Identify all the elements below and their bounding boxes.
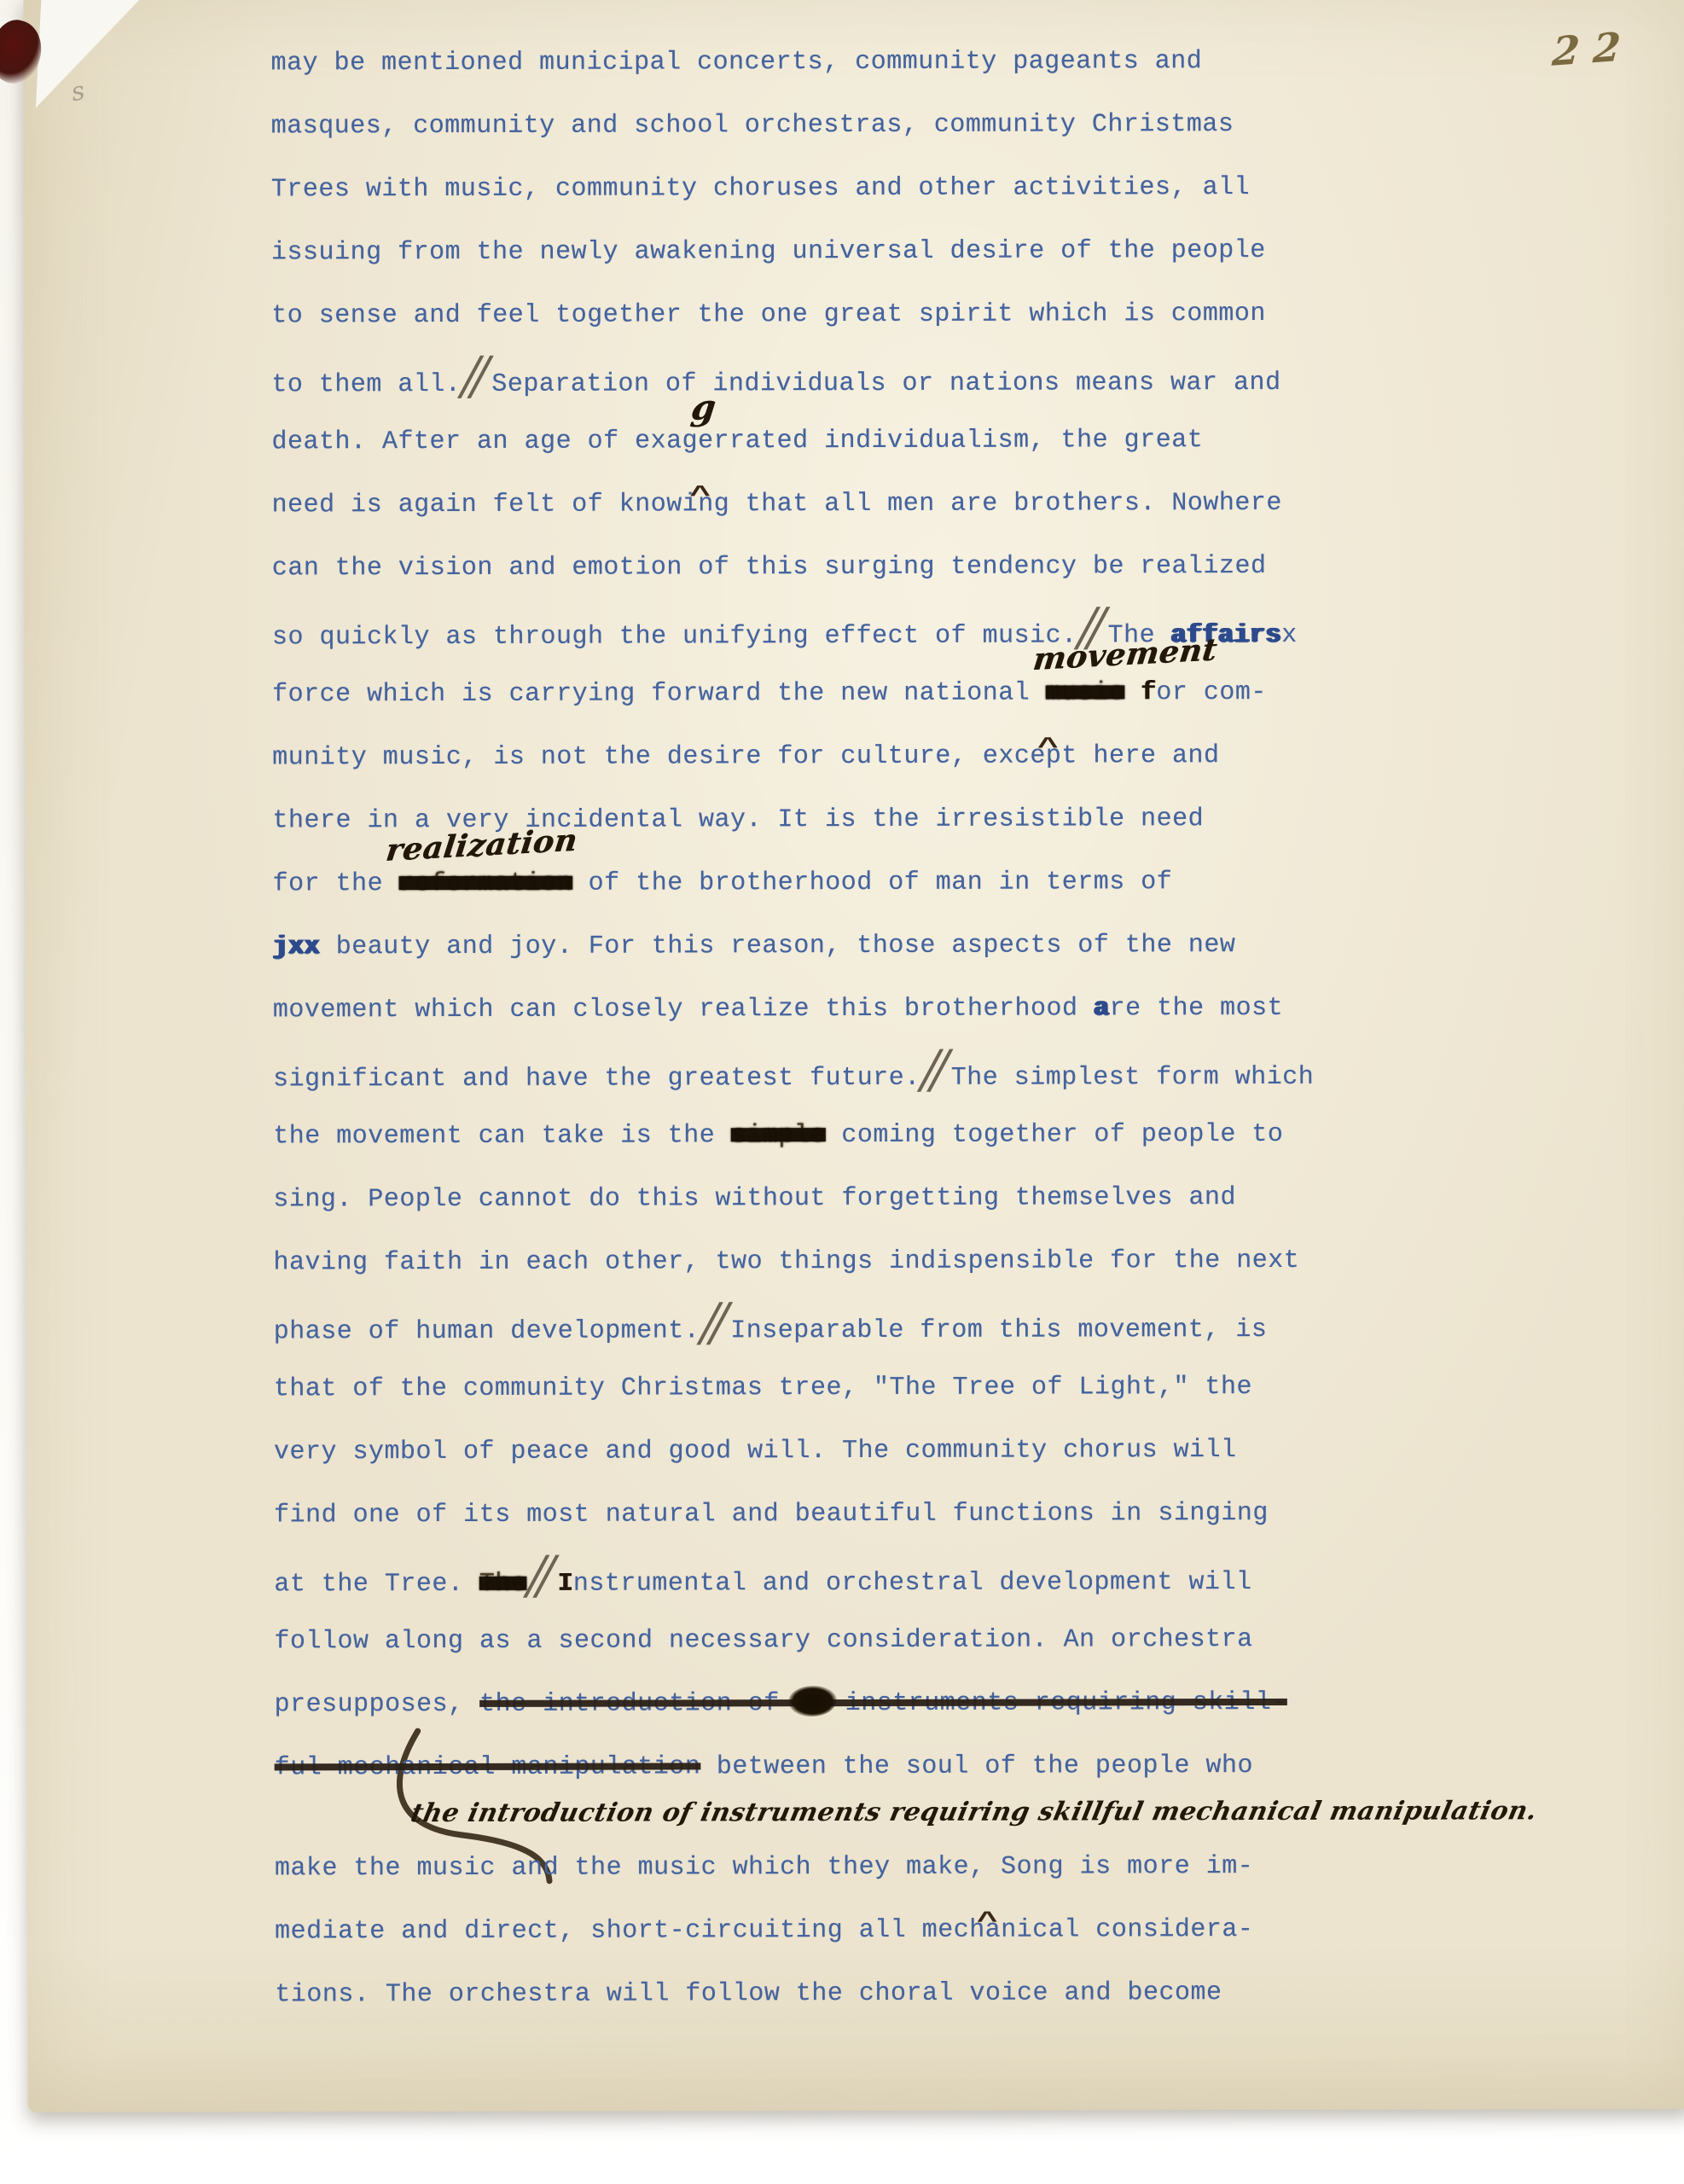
typed-text: very symbol of peace and good will. The … <box>274 1436 1237 1467</box>
manuscript-paper: 22 s may be mentioned municipal concerts… <box>23 0 1684 2112</box>
typed-text: need is again felt of knowing that all m… <box>272 489 1282 520</box>
manuscript-line: phase of human development.//Inseparable… <box>274 1292 1605 1357</box>
manuscript-line: Trees with music, community choruses and… <box>271 155 1602 221</box>
blacked-out-text: music <box>1046 678 1125 707</box>
typed-text: between the soul of the people who <box>700 1751 1253 1781</box>
manuscript-line: significant and have the greatest future… <box>273 1039 1604 1105</box>
manuscript-line: sing. People cannot do this without forg… <box>273 1165 1604 1231</box>
manuscript-line: tions. The orchestra will follow the cho… <box>275 1960 1606 2026</box>
typed-text: or com- <box>1156 678 1267 707</box>
strikethrough-text: instruments requiring skill- <box>829 1688 1287 1718</box>
inserted-handwritten-word: g <box>689 392 717 425</box>
typed-text: Song is more im- <box>985 1852 1254 1882</box>
manuscript-line: death. After an age of exagg^errated ind… <box>271 408 1602 473</box>
manuscript-line: force which is carrying forward the new … <box>272 660 1603 726</box>
typed-text: phase of human development. <box>274 1316 700 1346</box>
typed-text: find one of its most natural and beautif… <box>274 1499 1269 1530</box>
typed-text: of the brotherhood of man in terms of <box>572 868 1172 897</box>
typed-text <box>464 1690 480 1719</box>
typed-text: movement which can closely realize this … <box>273 994 1094 1025</box>
typed-text: issuing from the newly awakening univers… <box>271 236 1266 267</box>
typed-text: that of the community Christmas tree, "T… <box>274 1373 1252 1403</box>
manuscript-line: so quickly as through the unifying effec… <box>272 597 1603 663</box>
manuscript-line: ful mechanical manipulation between the … <box>275 1734 1606 1799</box>
overtyped-text: jxx <box>273 932 321 961</box>
manuscript-line: for the realizationreformation of the br… <box>273 850 1604 915</box>
manuscript-line: at the Tree. The//Instrumental and orche… <box>274 1544 1605 1610</box>
manuscript-line: the movement can take is the simple comi… <box>273 1102 1604 1168</box>
blacked-out-text: simple <box>731 1121 826 1150</box>
typed-text: nstrumental and orchestral development w… <box>573 1568 1252 1599</box>
strikethrough-text: ful mechanical manipulation <box>275 1752 701 1782</box>
manuscript-line: make the music and the music which they … <box>275 1834 1606 1900</box>
handwritten-annotation: the introduction of instruments requirin… <box>408 1797 1540 1828</box>
typed-text: Trees with music, community choruses and… <box>271 173 1250 204</box>
manuscript-text-block: may be mentioned municipal concerts, com… <box>270 29 1606 2026</box>
typed-text: masques, community and school orchestras… <box>271 110 1234 141</box>
typed-text: the movement can take is the <box>273 1121 731 1151</box>
typed-text: force which is carrying forward the new … <box>272 679 1046 710</box>
strikethrough-text: the introduction of <box>479 1689 795 1719</box>
manuscript-line: presupposes, the introduction of instrum… <box>275 1670 1606 1736</box>
manuscript-line: mediate and direct, short-circuiting all… <box>275 1897 1606 1963</box>
manuscript-line: munity music, is not the desire for cult… <box>272 723 1603 789</box>
typed-text <box>1124 678 1141 707</box>
inserted-handwritten-word: realization <box>384 825 578 866</box>
typed-text: for the <box>273 869 399 898</box>
manuscript-line: having faith in each other, two things i… <box>273 1228 1604 1294</box>
typed-text: coming together of people to <box>826 1120 1284 1150</box>
typed-text: x <box>1281 621 1298 650</box>
manuscript-line: to sense and feel together the one great… <box>271 282 1602 347</box>
typed-text: tions. The orchestra will follow the cho… <box>275 1978 1222 2009</box>
torn-corner <box>36 0 153 113</box>
manuscript-line: may be mentioned municipal concerts, com… <box>270 29 1601 95</box>
typed-text: beauty and joy. For this reason, those a… <box>320 931 1235 961</box>
typed-text: to sense and feel together the one great… <box>271 299 1266 330</box>
typed-text: so quickly as through the unifying effec… <box>272 621 1077 652</box>
handwritten-interline: the introduction of instruments requirin… <box>275 1797 1606 1837</box>
typed-text: significant and have the greatest future… <box>273 1064 920 1095</box>
manuscript-line: find one of its most natural and beautif… <box>274 1481 1605 1547</box>
typed-text: presupposes, <box>275 1690 464 1719</box>
blacked-out-text: reformation <box>399 869 573 898</box>
typed-text: re the most <box>1110 994 1284 1023</box>
manuscript-line: follow along as a second necessary consi… <box>274 1607 1605 1673</box>
manuscript-line: can the vision and emotion of this surgi… <box>272 534 1603 600</box>
typed-text: munity music, is not the desire for cult… <box>272 741 1219 772</box>
typed-text: errated individualism, the great <box>698 426 1203 456</box>
typed-text: to them all. <box>271 370 461 399</box>
manuscript-line: that of the community Christmas tree, "T… <box>274 1355 1605 1420</box>
inserted-handwritten-word: movement <box>1031 635 1219 676</box>
blacked-out-text: The <box>479 1570 527 1599</box>
typed-text: follow along as a second necessary consi… <box>274 1625 1252 1656</box>
manuscript-line: need is again felt of knowing that all m… <box>272 471 1603 537</box>
ink-retraced-letter: f <box>1141 678 1157 707</box>
typed-text: Inseparable from this movement, is <box>730 1316 1267 1345</box>
typed-text: Separation of individuals or nations mea… <box>491 369 1280 399</box>
typed-text: may be mentioned municipal concerts, com… <box>271 47 1203 78</box>
edge-squiggle-mark: s <box>69 76 89 108</box>
typed-text: make the music and the music which they … <box>275 1853 985 1884</box>
overtyped-text: a <box>1094 994 1110 1023</box>
manuscript-line: masques, community and school orchestras… <box>271 92 1602 158</box>
typed-text: having faith in each other, two things i… <box>273 1246 1299 1278</box>
typed-text: can the vision and emotion of this surgi… <box>272 552 1267 583</box>
typed-text: sing. People cannot do this without forg… <box>273 1183 1236 1214</box>
typed-text: death. After an age of exag <box>271 427 698 456</box>
manuscript-line: very symbol of peace and good will. The … <box>274 1418 1605 1484</box>
typed-text: The simplest form which <box>951 1063 1315 1093</box>
manuscript-line: to them all.//Separation of individuals … <box>271 345 1602 410</box>
manuscript-line: jxx beauty and joy. For this reason, tho… <box>273 913 1604 979</box>
typed-text: mediate and direct, short-circuiting all… <box>275 1915 1253 1946</box>
manuscript-line: issuing from the newly awakening univers… <box>271 218 1602 284</box>
typed-text: at the Tree. <box>274 1570 479 1600</box>
